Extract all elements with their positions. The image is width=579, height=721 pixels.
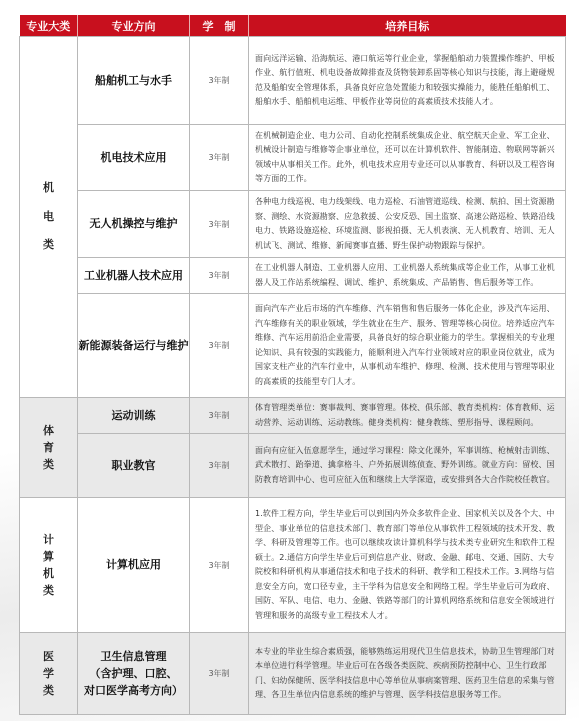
- direction-label: 船舶机工与水手: [78, 72, 189, 89]
- duration-label: 3年制: [190, 460, 248, 471]
- goal-text: 在工业机器人制造、工业机器人应用、工业机器人系统集成等企业工作，从事工业机器人及…: [249, 258, 566, 294]
- category-cell-sports: 体 育 类: [20, 398, 78, 498]
- table-row: 无人机操控与维护 3年制 各种电力线巡视、电力线架线、电力巡检、石油管道巡线、检…: [20, 191, 566, 258]
- goal-text: 本专业的毕业生综合素质强，能够熟练运用现代卫生信息技术，协助卫生管理部门对本单位…: [249, 633, 566, 715]
- category-label: 医 学 类: [20, 648, 77, 699]
- goal-text: 面向远洋运输、沿海航运、港口航运等行业企业，掌握船舶动力装置操作维护、甲板作业、…: [249, 37, 566, 125]
- goal-text: 面向汽车产业后市场的汽车维修、汽车销售和售后服务一体化企业，涉及汽车运用、汽车维…: [249, 294, 566, 398]
- table-row: 新能源装备运行与维护 3年制 面向汽车产业后市场的汽车维修、汽车销售和售后服务一…: [20, 294, 566, 398]
- table-row: 机电技术应用 3年制 在机械制造企业、电力公司、自动化控制系统集成企业、航空航天…: [20, 125, 566, 191]
- table-header-row: 专业大类 专业方向 学 制 培养目标: [20, 15, 566, 37]
- goal-text: 1.软件工程方向，学生毕业后可以到国内外众多软件企业、国家机关以及各个大、中型企…: [249, 498, 566, 633]
- duration-label: 3年制: [190, 340, 248, 351]
- category-label: 计 算 机 类: [20, 531, 77, 599]
- majors-table: 专业大类 专业方向 学 制 培养目标 机 电 类 船舶机工与水手 3年制 面向远…: [19, 15, 566, 715]
- category-label: 体 育 类: [20, 422, 77, 473]
- header-direction: 专业方向: [78, 15, 190, 37]
- table-row: 职业教官 3年制 面向有应征入伍意愿学生，通过学习课程：除文化课外，军事训练、枪…: [20, 434, 566, 498]
- direction-label: 机电技术应用: [78, 149, 189, 166]
- direction-label: 运动训练: [78, 407, 189, 424]
- direction-label: 职业教官: [78, 457, 189, 474]
- duration-label: 3年制: [190, 410, 248, 421]
- category-label: 机 电 类: [20, 174, 77, 260]
- table-row: 计 算 机 类 计算机应用 3年制 1.软件工程方向，学生毕业后可以到国内外众多…: [20, 498, 566, 633]
- category-cell-electromechanical: 机 电 类: [20, 37, 78, 398]
- duration-label: 3年制: [190, 560, 248, 571]
- table-row: 体 育 类 运动训练 3年制 体育管理类单位：赛事裁判、赛事管理。体校、俱乐部、…: [20, 398, 566, 434]
- table-row: 工业机器人技术应用 3年制 在工业机器人制造、工业机器人应用、工业机器人系统集成…: [20, 258, 566, 294]
- duration-label: 3年制: [190, 75, 248, 86]
- category-cell-computer: 计 算 机 类: [20, 498, 78, 633]
- header-goal: 培养目标: [249, 15, 566, 37]
- direction-label: 卫生信息管理 （含护理、口腔、 对口医学高考方向）: [78, 648, 189, 699]
- table-row: 机 电 类 船舶机工与水手 3年制 面向远洋运输、沿海航运、港口航运等行业企业，…: [20, 37, 566, 125]
- direction-label: 工业机器人技术应用: [78, 267, 189, 284]
- table-row: 医 学 类 卫生信息管理 （含护理、口腔、 对口医学高考方向） 3年制 本专业的…: [20, 633, 566, 715]
- header-duration: 学 制: [190, 15, 249, 37]
- duration-label: 3年制: [190, 668, 248, 679]
- direction-label: 无人机操控与维护: [78, 215, 189, 232]
- duration-label: 3年制: [190, 270, 248, 281]
- goal-text: 体育管理类单位：赛事裁判、赛事管理。体校、俱乐部、教育类机构：体育教师、运动营养…: [249, 398, 566, 434]
- duration-label: 3年制: [190, 152, 248, 163]
- goal-text: 各种电力线巡视、电力线架线、电力巡检、石油管道巡线、检测、航拍、国土资源勘察、测…: [249, 191, 566, 258]
- goal-text: 在机械制造企业、电力公司、自动化控制系统集成企业、航空航天企业、军工企业、机械设…: [249, 125, 566, 191]
- direction-label: 新能源装备运行与维护: [78, 337, 189, 354]
- goal-text: 面向有应征入伍意愿学生，通过学习课程：除文化课外，军事训练、枪械射击训练、武术散…: [249, 434, 566, 498]
- duration-label: 3年制: [190, 219, 248, 230]
- header-category: 专业大类: [20, 15, 78, 37]
- category-cell-medical: 医 学 类: [20, 633, 78, 715]
- direction-label: 计算机应用: [78, 556, 189, 573]
